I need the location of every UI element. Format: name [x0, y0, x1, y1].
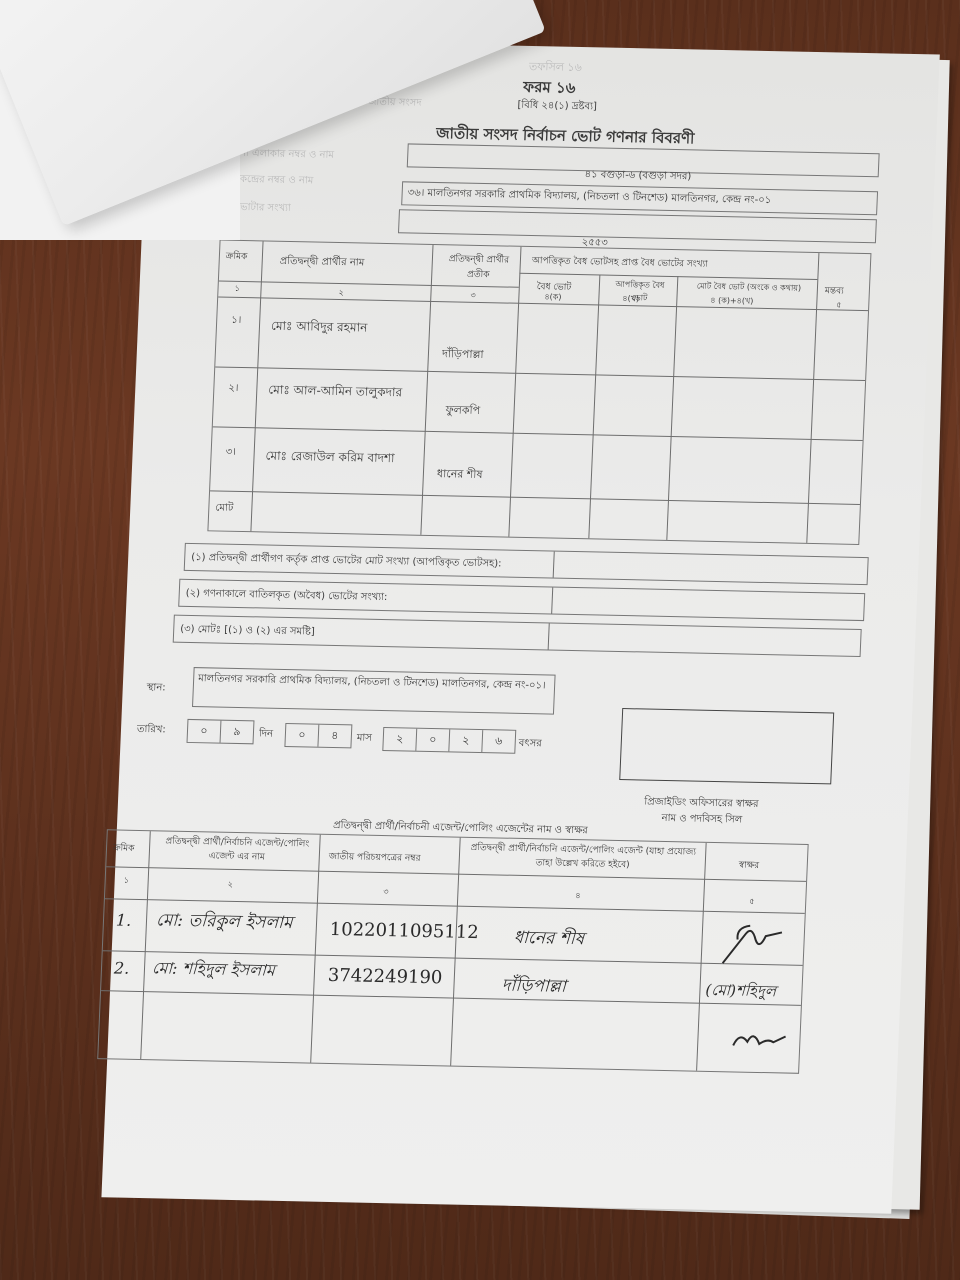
- agents-colnum-3: ৩: [383, 886, 389, 899]
- row-3-serial: ৩।: [225, 445, 236, 462]
- header-total-valid: মোট বৈধ ভোট (অংকে ও কথায়): [689, 280, 810, 296]
- summary-line-2-label: (২) গণনাকালে বাতিলকৃত (অবৈধ) ভোটের সংখ্য…: [185, 586, 387, 607]
- colnum-4sum: ৪ (ক)+৪(খ): [710, 295, 754, 309]
- year-digit-4: ৬: [482, 730, 515, 753]
- agent-row-2-role: দাঁড়িপাল্লা: [501, 973, 567, 1002]
- colnum-2: ২: [338, 287, 344, 300]
- agent-row-1-role: ধানের শীষ: [513, 925, 585, 954]
- month-label: মাস: [356, 730, 372, 747]
- month-digit-2: ৪: [318, 725, 351, 748]
- header-symbol: প্রতিদ্বন্দ্বী প্রার্থীর প্রতীক: [439, 251, 518, 283]
- agents-colnum-2: ২: [227, 879, 233, 892]
- agent-row-1-nid: 1022011095112: [329, 919, 479, 943]
- agent-row-1-serial: 1.: [116, 910, 132, 929]
- year-label: বৎসর: [518, 736, 542, 753]
- agent-row-2-nid: 3742249190: [327, 965, 442, 988]
- agents-colnum-4: ৪: [575, 890, 581, 903]
- agent-row-1-name: মো: তরিকুল ইসলাম: [155, 907, 293, 938]
- agent-row-1-signature: [714, 919, 786, 970]
- header-serial: ক্রমিক: [226, 249, 248, 264]
- row-1-serial: ১।: [231, 313, 242, 330]
- day-digit-1: ০: [188, 720, 222, 743]
- row-3-name: মোঃ রেজাউল করিম বাদশা: [265, 448, 395, 471]
- rule-reference: [বিধি ২৪(১) দ্রষ্টব্য]: [517, 98, 597, 117]
- day-label: দিন: [259, 726, 274, 743]
- seal-box: [619, 708, 834, 784]
- colnum-4a: ৪(ক): [544, 291, 562, 304]
- place-label: স্থান:: [146, 680, 166, 697]
- constituency-value: ৪১ বগুড়া-৬ (বগুড়া সদর): [584, 167, 691, 186]
- row-2-symbol: ফুলকপি: [445, 401, 480, 421]
- agent-row-2-signature: (মো)শহিদুল: [705, 979, 777, 1005]
- agents-colnum-5: ৫: [749, 896, 755, 909]
- colnum-3: ৩: [470, 290, 476, 303]
- summary-line-1: (১) প্রতিদ্বন্দ্বী প্রার্থীগণ কর্তৃক প্র…: [184, 543, 869, 585]
- agents-header-name: প্রতিদ্বন্দ্বী প্রার্থী/নির্বাচনি এজেন্ট…: [156, 834, 317, 865]
- row-1-symbol: দাঁড়িপাল্লা: [442, 345, 484, 365]
- row-2-name: মোঃ আল-আমিন তালুকদার: [268, 382, 403, 405]
- presiding-officer-line2: নাম ও পদবিসহ সিল: [661, 811, 742, 830]
- agents-header-signature: স্বাক্ষর: [738, 858, 759, 873]
- day-digit-2: ৯: [221, 721, 254, 744]
- year-digit-1: ২: [383, 728, 417, 751]
- agents-header-role: প্রতিদ্বন্দ্বী প্রার্থী/নির্বাচনি এজেন্ট…: [464, 841, 701, 874]
- header-candidate-name: প্রতিদ্বন্দ্বী প্রার্থীর নাম: [279, 254, 364, 273]
- colnum-4b: ৪(খ): [622, 293, 639, 306]
- agent-row-2-serial: 2.: [114, 958, 130, 977]
- agents-header-serial: ক্রমিক: [113, 840, 135, 855]
- header-group: আপত্তিকৃত বৈধ ভোটসহ প্রাপ্ত বৈধ ভোটের সং…: [532, 253, 708, 272]
- year-box: ২ ০ ২ ৬: [382, 727, 516, 754]
- agents-colnum-1: ১: [123, 875, 129, 888]
- place-value: মালতিনগর সরকারি প্রাথমিক বিদ্যালয়, (নিচ…: [198, 671, 551, 693]
- row-2-serial: ২।: [228, 381, 239, 398]
- faint-top-label: তফসিল ১৬: [529, 58, 582, 78]
- year-digit-2: ০: [416, 729, 450, 752]
- place-field: মালতিনগর সরকারি প্রাথমিক বিদ্যালয়, (নিচ…: [192, 667, 556, 715]
- results-table: ক্রমিক প্রতিদ্বন্দ্বী প্রার্থীর নাম প্রত…: [207, 240, 871, 545]
- date-label: তারিখ:: [137, 722, 166, 740]
- header-remarks: মন্তব্য: [825, 283, 844, 298]
- colnum-5: ৫: [836, 299, 842, 312]
- summary-line-3-label: (৩) মোটঃ [(১) ও (২) এর সমষ্টি]: [180, 622, 315, 642]
- summary-line-2: (২) গণনাকালে বাতিলকৃত (অবৈধ) ভোটের সংখ্য…: [178, 579, 865, 621]
- day-box: ০ ৯: [186, 719, 254, 744]
- summary-line-3: (৩) মোটঃ [(১) ও (২) এর সমষ্টি]: [173, 615, 862, 657]
- colnum-1: ১: [234, 283, 240, 296]
- year-digit-3: ২: [449, 729, 483, 752]
- summary-line-1-label: (১) প্রতিদ্বন্দ্বী প্রার্থীগণ কর্তৃক প্র…: [191, 550, 502, 573]
- agent-row-2-name: মো: শহিদুল ইসলাম: [151, 955, 275, 985]
- agents-table: ক্রমিক প্রতিদ্বন্দ্বী প্রার্থী/নির্বাচনি…: [97, 829, 808, 1074]
- month-box: ০ ৪: [284, 723, 352, 748]
- agents-header-nid: জাতীয় পরিচয়পত্রের নম্বর: [329, 849, 421, 866]
- header-challenged-valid: আপত্তিকৃত বৈধ ভোট: [606, 279, 673, 306]
- total-label: মোট: [215, 500, 234, 517]
- row-3-symbol: ধানের শীষ: [437, 465, 483, 485]
- voters-field: [398, 209, 877, 243]
- row-1-name: মোঃ আবিদুর রহমান: [271, 318, 368, 340]
- agent-row-3-signature: [729, 1023, 790, 1054]
- month-digit-1: ০: [285, 724, 319, 747]
